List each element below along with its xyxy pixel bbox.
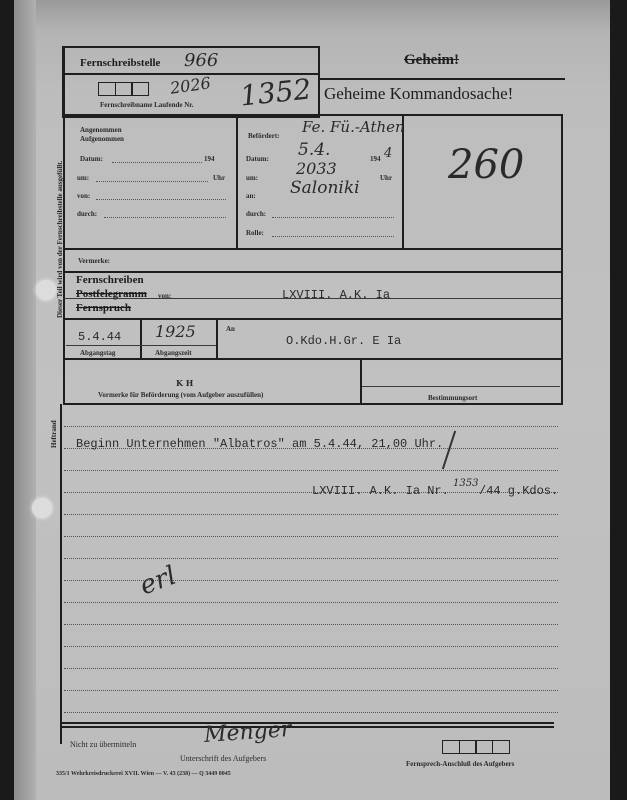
frame-left — [63, 320, 65, 404]
divider — [63, 358, 563, 360]
divider — [63, 403, 563, 405]
phone-label: Fernsprech-Anschluß des Aufgebers — [406, 760, 514, 768]
received-by-label: durch: — [77, 210, 97, 218]
forwarded-date-value: 5.4. — [298, 140, 330, 160]
by-line — [272, 217, 394, 218]
signature-line-prefix: LXVIII. A.K. Ia Nr. — [312, 484, 449, 498]
forwarded-title: Befördert: — [248, 132, 279, 140]
type-telephone: Fernspruch — [76, 302, 131, 314]
divider — [236, 114, 238, 248]
frame-left — [63, 46, 65, 318]
ruled-line — [64, 536, 558, 537]
divider — [63, 271, 563, 273]
ruled-line — [64, 712, 558, 713]
classification-title: Geheime Kommandosache! — [324, 84, 513, 104]
phone-cells — [442, 740, 508, 754]
forwarded-title-value: Fe. Fü.-Athen — [302, 118, 405, 136]
by-line — [104, 217, 226, 218]
from-line — [96, 199, 226, 200]
divider — [60, 722, 554, 724]
forwarded-time-unit: Uhr — [380, 174, 392, 182]
paper-edge — [14, 0, 36, 800]
margin-label: Heftrand — [50, 420, 58, 448]
divider — [63, 298, 561, 299]
forwarded-time-value: 2033 — [296, 159, 337, 178]
divider — [360, 358, 362, 404]
divider — [63, 114, 563, 116]
punch-hole — [32, 498, 52, 518]
signature-label: Unterschrift des Aufgebers — [180, 754, 266, 763]
forwarded-to-label: an: — [246, 192, 256, 200]
ruled-line — [64, 602, 558, 603]
dispatch-to-value: O.Kdo.H.Gr. E Ia — [286, 334, 401, 348]
transport-note-value: K H — [176, 378, 193, 388]
forwarded-year: 194 — [370, 155, 381, 163]
ruled-line — [64, 624, 558, 625]
transport-note-label: Vormerke für Beförderung (vom Aufgeber a… — [98, 391, 263, 399]
signature-line-suffix: /44 g.Kdos. — [479, 484, 558, 498]
received-time-unit: Uhr — [213, 174, 225, 182]
ruled-line — [64, 690, 558, 691]
forwarded-date-label: Datum: — [246, 155, 269, 163]
divider — [216, 320, 218, 358]
dispatch-to-label: An — [226, 325, 235, 333]
station-label: Fernschreibstelle — [80, 57, 160, 69]
frame-left — [60, 404, 62, 744]
received-title-1: Angenommen — [80, 126, 122, 134]
name-running-no-label: Fernschreibname Laufende Nr. — [100, 101, 194, 109]
message-line-1: Beginn Unternehmen "Albatros" am 5.4.44,… — [76, 437, 443, 451]
time-line — [96, 181, 208, 182]
divider — [63, 318, 563, 320]
destination-label: Bestimmungsort — [428, 394, 477, 402]
ruled-line — [64, 646, 558, 647]
dispatch-time-label: Abgangszeit — [155, 349, 192, 357]
dispatch-day-value: 5.4.44 — [78, 330, 121, 344]
divider — [66, 345, 216, 346]
forwarded-role-label: Rolle: — [246, 229, 264, 237]
date-line — [112, 162, 202, 163]
ruled-line — [64, 470, 558, 471]
divider — [63, 248, 563, 250]
ruled-line — [64, 426, 558, 427]
signature-line-number: 1353 — [453, 478, 478, 489]
dispatch-day-label: Abgangstag — [80, 349, 115, 357]
received-time-label: um: — [77, 174, 89, 182]
dispatch-time-value: 1925 — [155, 322, 196, 341]
received-year: 194 — [204, 155, 215, 163]
divider — [140, 320, 142, 358]
forwarded-year-suffix: 4 — [384, 146, 392, 161]
role-line — [272, 236, 394, 237]
corner-number: 260 — [448, 142, 524, 188]
classification-struck: Geheim! — [404, 52, 459, 69]
divider — [320, 78, 565, 80]
forwarded-time-label: um: — [246, 174, 258, 182]
forwarded-to-value: Saloniki — [290, 178, 360, 198]
frame-right — [561, 114, 563, 404]
divider — [60, 726, 554, 728]
print-info: 335/1 Wehrkreisdruckerei XVII. Wien — V.… — [56, 771, 231, 777]
type-from-value: LXVIII. A.K. Ia — [282, 288, 390, 302]
ruled-line — [64, 514, 558, 515]
type-teletype: Fernschreiben — [76, 274, 144, 286]
received-title-2: Aufgenommen — [80, 135, 124, 143]
forwarded-by-label: durch: — [246, 210, 266, 218]
punch-hole — [36, 280, 56, 300]
received-date-label: Datum: — [80, 155, 103, 163]
ruled-line — [64, 668, 558, 669]
remarks-label: Vermerke: — [78, 257, 110, 265]
received-from-label: von: — [77, 192, 90, 200]
teletype-name-cells — [98, 82, 148, 96]
no-transmit-label: Nicht zu übermitteln — [70, 740, 136, 749]
ruled-line — [64, 558, 558, 559]
divider — [362, 386, 560, 387]
station-value: 966 — [184, 50, 218, 71]
